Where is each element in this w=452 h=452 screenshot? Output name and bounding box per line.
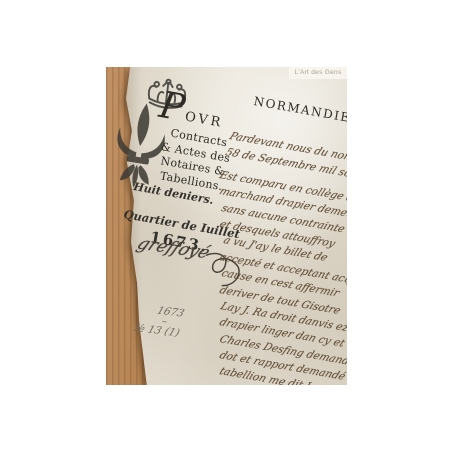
region-title: NORMANDIE. xyxy=(253,94,347,126)
watermark: L'Art des Gens xyxy=(289,67,347,79)
stamp-title-initial: P xyxy=(157,87,188,127)
archive-note-year: 1673 xyxy=(155,305,188,320)
archive-note: 1673 – № 13 (1) xyxy=(133,303,188,339)
document-content: P OVR Contracts& Actes desNotaires &Tabe… xyxy=(106,67,347,385)
manuscript-text: Pardevant nous du nom No t58 de Septembr… xyxy=(220,124,347,385)
manuscript-line: Pardevant nous du nom No t xyxy=(220,124,347,140)
document-photo: L'Art des Gens xyxy=(106,67,347,385)
page: L'Art des Gens xyxy=(0,0,452,452)
